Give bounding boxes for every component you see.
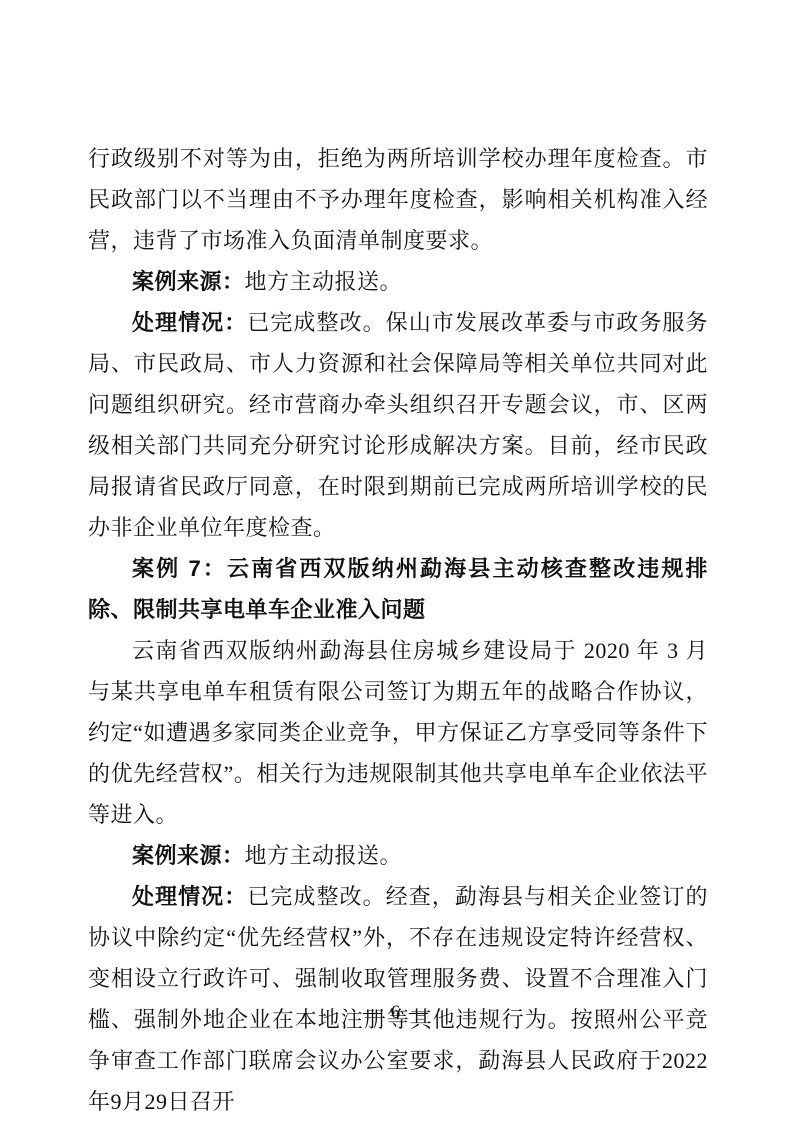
text-run: 行政级别不对等为由，拒绝为两所培训学校办理年度检查。市民政部门以不当理由不予办理… bbox=[88, 146, 708, 253]
bold-label-run: 处理情况： bbox=[132, 310, 247, 335]
paragraph: 案例来源：地方主动报送。 bbox=[88, 261, 708, 302]
text-run: 已完成整改。经查，勐海县与相关企业签订的协议中除约定“优先经营权”外，不存在违规… bbox=[88, 884, 708, 1114]
paragraph: 云南省西双版纳州勐海县住房城乡建设局于 2020 年 3 月与某共享电单车租赁有… bbox=[88, 630, 708, 835]
page-number: — 6 — bbox=[0, 1000, 793, 1026]
paragraph: 处理情况：已完成整改。保山市发展改革委与市政务服务局、市民政局、市人力资源和社会… bbox=[88, 302, 708, 548]
bold-label-run: 处理情况： bbox=[132, 884, 247, 909]
document-body: 行政级别不对等为由，拒绝为两所培训学校办理年度检查。市民政部门以不当理由不予办理… bbox=[88, 138, 708, 1122]
bold-label-run: 案例来源： bbox=[132, 843, 245, 868]
text-run: 地方主动报送。 bbox=[245, 843, 403, 868]
paragraph: 行政级别不对等为由，拒绝为两所培训学校办理年度检查。市民政部门以不当理由不予办理… bbox=[88, 138, 708, 261]
bold-label-run: 案例 7：云南省西双版纳州勐海县主动核查整改违规排除、限制共享电单车企业准入问题 bbox=[88, 556, 708, 622]
text-run: 地方主动报送。 bbox=[245, 269, 403, 294]
bold-label-run: 案例来源： bbox=[132, 269, 245, 294]
paragraph: 案例来源：地方主动报送。 bbox=[88, 835, 708, 876]
case-heading: 案例 7：云南省西双版纳州勐海县主动核查整改违规排除、限制共享电单车企业准入问题 bbox=[88, 548, 708, 630]
document-page: 行政级别不对等为由，拒绝为两所培训学校办理年度检查。市民政部门以不当理由不予办理… bbox=[0, 0, 793, 1122]
text-run: 云南省西双版纳州勐海县住房城乡建设局于 2020 年 3 月与某共享电单车租赁有… bbox=[88, 638, 708, 827]
paragraph: 处理情况：已完成整改。经查，勐海县与相关企业签订的协议中除约定“优先经营权”外，… bbox=[88, 876, 708, 1122]
text-run: 已完成整改。保山市发展改革委与市政务服务局、市民政局、市人力资源和社会保障局等相… bbox=[88, 310, 708, 540]
